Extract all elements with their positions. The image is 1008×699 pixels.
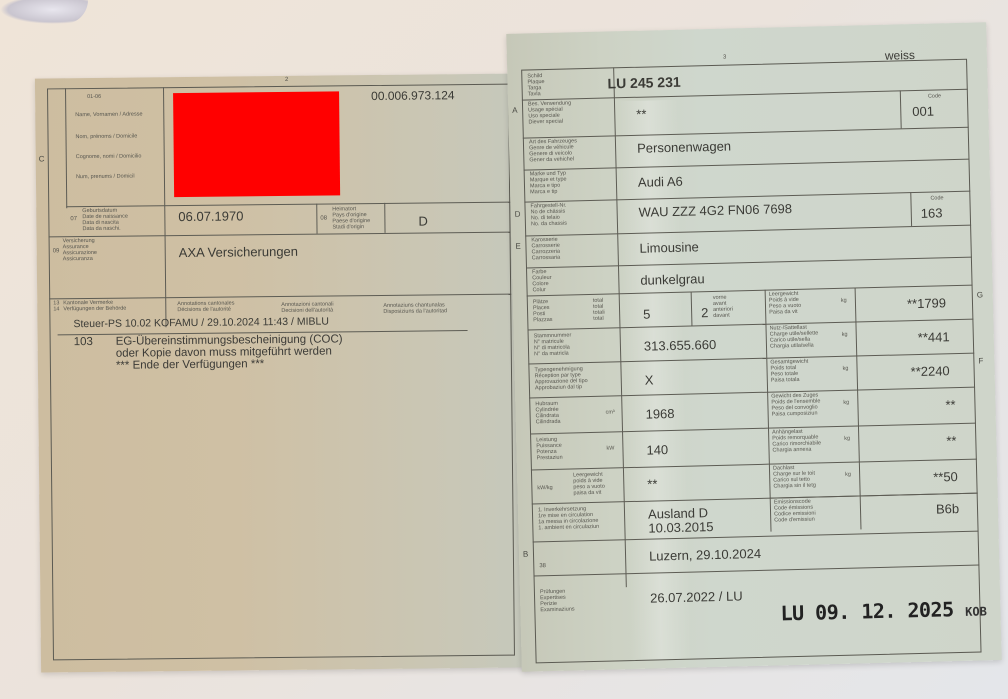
body-label: Karosserie Carrosserie Carrozzeria Carro… [531, 237, 560, 262]
weight-label: Dachlast Charge sur le toit Carico sul t… [773, 465, 816, 490]
weight-label: Leergewicht Poids à vide Peso a vuoto Pa… [769, 291, 802, 316]
special-use-code: 001 [912, 104, 934, 120]
displacement-label: Hubraum Cylindrée Cilindrata Cilindrada [535, 401, 560, 426]
seats-front-label: vorne avant anteriori davant [713, 295, 733, 319]
seats-front: 2 [701, 305, 709, 320]
section-letter-b: B [523, 550, 529, 559]
make-model-value: Audi A6 [638, 174, 683, 190]
insurance-value: AXA Versicherungen [179, 244, 298, 260]
insurance-label: Versicherung Assurance Assicurazione Ass… [63, 238, 97, 262]
field-label: 01-06 [87, 94, 101, 100]
holder-label-2: Nom, prénoms / Domicile [75, 134, 137, 141]
special-use-value: ** [636, 107, 646, 122]
annotation-line-2: oder Kopie davon muss mitgeführt werden [116, 345, 332, 359]
weight-label: Gewicht des Zuges Poids de l'ensemble Pe… [771, 392, 821, 417]
background-object [0, 0, 88, 24]
seats-sublabel: total total totali total [593, 298, 605, 322]
emission-code-label: Emissionscode Code émissions Codice emis… [774, 499, 816, 524]
first-registration-date: 10.03.2015 [648, 519, 713, 536]
weight-value: ** [946, 433, 956, 448]
weight-unit: kg [844, 436, 850, 442]
code-label: Code [930, 195, 943, 201]
type-approval-value: X [645, 372, 654, 387]
vehicle-type-label: Art des Fahrzeuges Genre de véhicule Gen… [529, 138, 578, 163]
special-use-label: Bes. Verwendung Usage spécial Uso specia… [528, 100, 572, 125]
make-model-label: Marke und Typ Marque et type Marca e tip… [530, 171, 567, 196]
holder-name-redaction [173, 91, 340, 197]
section-letter-d: D [515, 210, 521, 219]
colour-value: dunkelgrau [640, 271, 705, 288]
seats-label: Plätze Places Posti Plazzas [533, 299, 553, 323]
section-letter-g: G [977, 290, 983, 299]
seats-total: 5 [643, 307, 651, 322]
weight-unit: kg [845, 472, 851, 478]
emission-code-value: B6b [936, 501, 960, 517]
power-unit: kW [606, 445, 614, 451]
right-page: 3 weiss A D E B G F Schild Plaque Targa … [506, 22, 1001, 672]
displacement-unit: cm³ [605, 409, 614, 415]
power-weight-unit: kW/kg [537, 485, 552, 491]
matriculation-value: 313.655.660 [644, 337, 717, 354]
weight-label: Gesamtgewicht Poids total Peso totale Pa… [770, 359, 808, 384]
weight-unit: kg [843, 400, 849, 406]
weight-unit: kg [841, 298, 847, 304]
displacement-value: 1968 [645, 406, 674, 422]
stamp-suffix: KOB [965, 604, 987, 619]
inspection-stamp: LU 09. 12. 2025 KOB [780, 596, 987, 625]
page-number: 3 [723, 55, 726, 61]
plate-value: LU 245 231 [607, 74, 681, 92]
annotations-header-rm: Annotaziuns chantunalas Disposiziuns da … [383, 302, 447, 315]
holder-label-1: Name, Vornamen / Adresse [75, 111, 142, 118]
colour-label: Farbe Couleur Colore Colur [532, 269, 552, 293]
birthdate-value: 06.07.1970 [178, 208, 243, 224]
power-label: Leistung Puissance Potenza Prestaziun [536, 437, 563, 462]
weight-value: **2240 [910, 363, 949, 379]
vehicle-type-value: Personenwagen [637, 139, 731, 156]
issue-place-date: Luzern, 29.10.2024 [649, 546, 761, 564]
section-letter-c: C [39, 154, 45, 163]
matriculation-label: Stammnummer N° matricule N° di matricola… [534, 332, 572, 357]
first-registration-label: 1. Inverkehrsetzung 1re mise en circulat… [538, 506, 599, 531]
type-approval-label: Typengenehmigung Réception par type Appr… [534, 366, 587, 391]
power-value: 140 [646, 442, 668, 458]
annotation-code: 103 [74, 336, 93, 348]
weight-unit: kg [842, 332, 848, 338]
weight-value: **441 [918, 329, 950, 345]
field-number: 09 [53, 248, 60, 254]
weights-table: Leergewicht Poids à vide Peso a vuoto Pa… [506, 22, 986, 34]
left-page: 2 C 01-06 Name, Vornamen / Adresse Nom, … [35, 73, 529, 672]
holder-label-4: Num, prenums / Domicil [76, 174, 135, 181]
weight-unit: kg [842, 366, 848, 372]
annotations-header-de: Kantonale Vermerke Verfügungen der Behör… [63, 300, 126, 313]
annotation-line-3: *** Ende der Verfügungen *** [116, 358, 264, 372]
annotations-header-fr: Annotations cantonales Décisions de l'au… [177, 300, 234, 313]
section-letter-e: E [515, 242, 521, 251]
plate-label: Schild Plaque Targa Tavla [527, 73, 545, 97]
holder-label-3: Cognome, nomi / Domicilio [76, 153, 142, 160]
stamp-date: LU 09. 12. 2025 [780, 597, 954, 625]
section-letter-f: F [978, 356, 983, 365]
power-weight-value: ** [647, 476, 657, 491]
page-number: 2 [285, 77, 288, 83]
weight-label: Nutz-/Sattellast Charge utile/sellette C… [769, 324, 818, 349]
chassis-label: Fahrgestell-Nr. No de châssis No. di tel… [530, 203, 567, 228]
holder-number: 00.006.973.124 [371, 88, 455, 103]
section-letter-a: A [512, 106, 518, 115]
birthdate-label: Geburtsdatum Date de naissance Data di n… [82, 208, 128, 232]
origin-label: Heimatort Pays d'origine Paese d'origine… [332, 206, 370, 230]
weight-value: **1799 [907, 295, 946, 311]
color-note: weiss [885, 48, 915, 63]
code-label: Code [928, 93, 941, 99]
weight-label: Anhängelast Poids remorquable Carico rim… [772, 428, 821, 453]
field-number: 07 [70, 216, 77, 222]
field-number: 38 [539, 563, 546, 569]
inspections-value: 26.07.2022 / LU [650, 588, 743, 605]
weight-value: ** [945, 397, 955, 412]
body-value: Limousine [639, 239, 699, 255]
origin-value: D [418, 213, 428, 228]
weight-value: **50 [933, 469, 958, 485]
field-number: 08 [320, 216, 327, 222]
power-weight-label: Leergewicht poids à vide peso a vuoto pa… [573, 472, 605, 497]
inspections-label: Prüfungen Expertises Perizie Examinaziun… [540, 588, 575, 613]
chassis-code: 163 [921, 205, 943, 221]
annotations-header-it: Annotazioni cantonali Decisioni dell'aut… [281, 301, 333, 314]
field-number: 13 14 [53, 300, 59, 312]
